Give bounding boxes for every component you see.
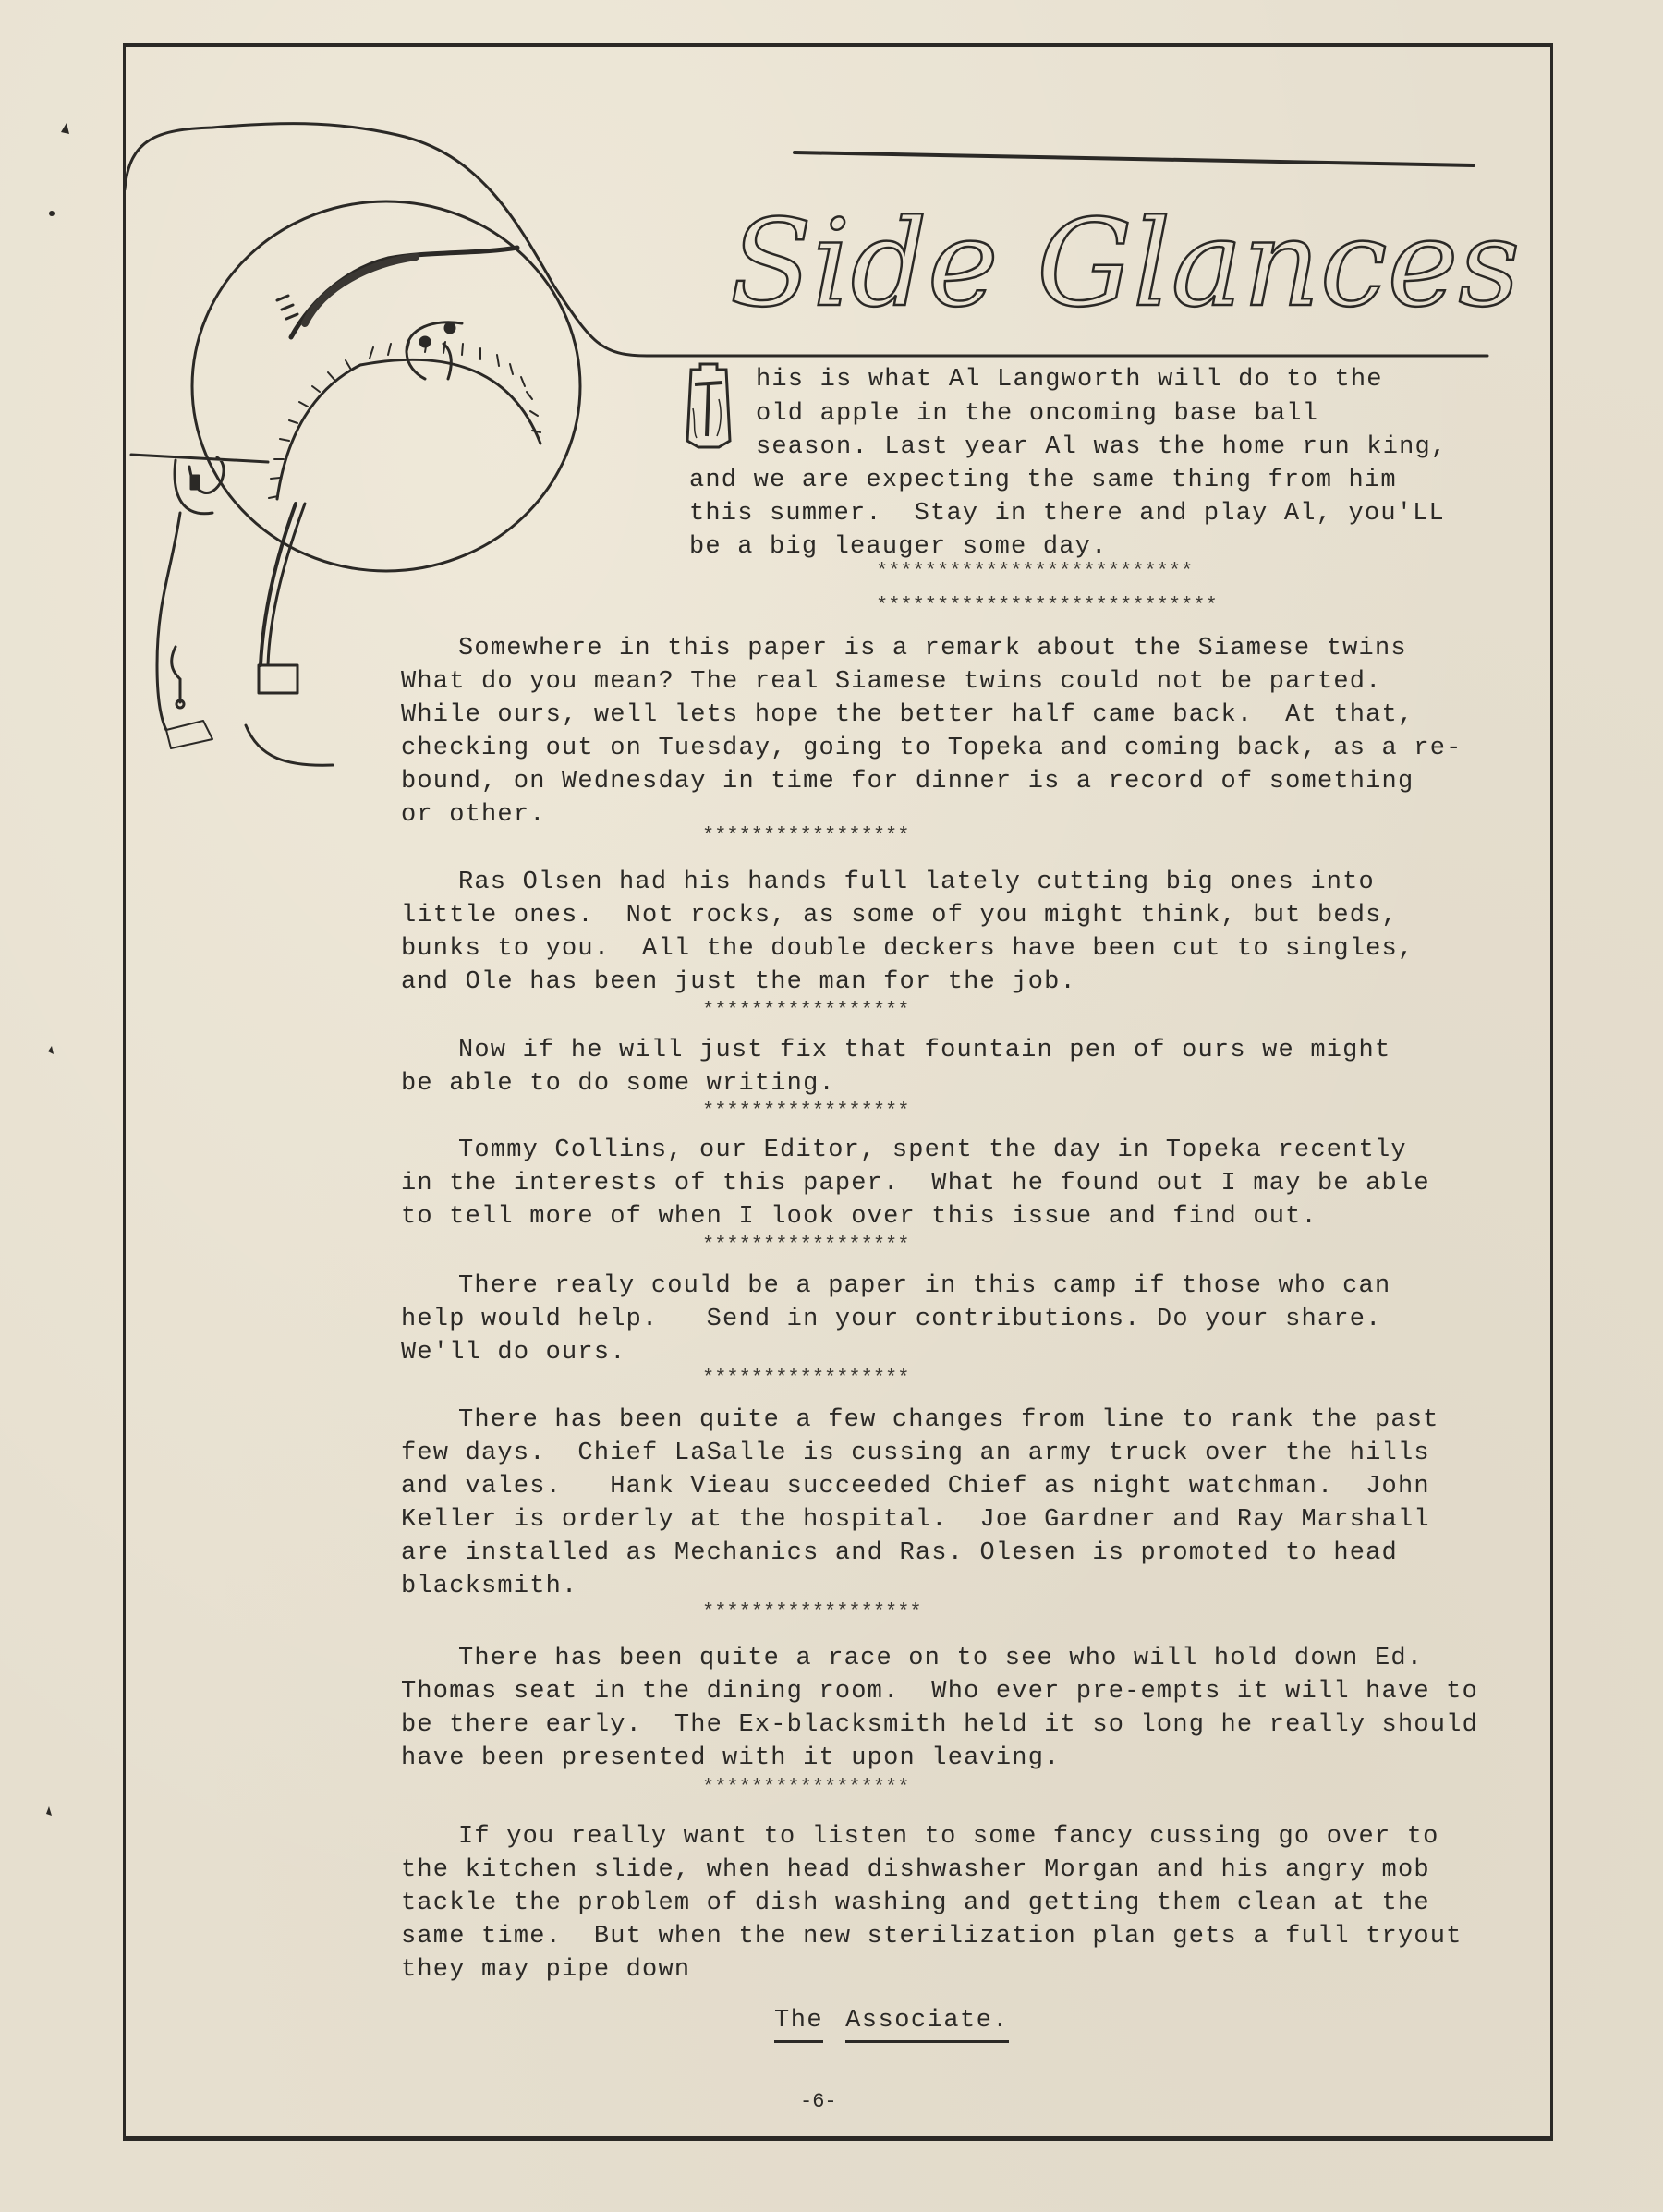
paragraph-line: have been presented with it upon leaving… <box>401 1742 1478 1775</box>
paragraph-line: Somewhere in this paper is a remark abou… <box>401 632 1463 665</box>
separator-stars: ***************** <box>702 1100 909 1123</box>
paragraph-line: tackle the problem of dish washing and g… <box>401 1887 1463 1920</box>
paragraph-line: or other. <box>401 798 1463 832</box>
paragraph-line: We'll do ours. <box>401 1336 1390 1369</box>
signature-word: The <box>774 2007 823 2043</box>
paragraph-line: bunks to you. All the double deckers hav… <box>401 932 1414 966</box>
paragraph-tommy-collins: Tommy Collins, our Editor, spent the day… <box>401 1134 1430 1234</box>
paragraph-line: If you really want to listen to some fan… <box>401 1820 1463 1853</box>
paragraph-line: Thomas seat in the dining room. Who ever… <box>401 1675 1478 1708</box>
paragraph-ras-olsen: Ras Olsen had his hands full lately cutt… <box>401 866 1414 999</box>
intro-line: season. Last year Al was the home run ki… <box>756 431 1447 464</box>
paragraph-line: bound, on Wednesday in time for dinner i… <box>401 765 1463 798</box>
paragraph-line: be there early. The Ex-blacksmith held i… <box>401 1708 1478 1742</box>
signature: TheAssociate. <box>774 2007 1031 2043</box>
page-number: -6- <box>800 2090 837 2113</box>
separator-stars: ***************** <box>702 1234 909 1257</box>
paragraph-line: little ones. Not rocks, as some of you m… <box>401 899 1414 932</box>
paragraph-line: There realy could be a paper in this cam… <box>401 1270 1390 1303</box>
paragraph-line: There has been quite a few changes from … <box>401 1404 1439 1437</box>
intro-line: be a big leauger some day. <box>689 530 1107 564</box>
paragraph-line: the kitchen slide, when head dishwasher … <box>401 1853 1463 1887</box>
paragraph-line: same time. But when the new sterilizatio… <box>401 1920 1463 1953</box>
paragraph-siamese-twins: Somewhere in this paper is a remark abou… <box>401 632 1463 832</box>
intro-line: his is what Al Langworth will do to the <box>756 363 1383 396</box>
paragraph-line: Ras Olsen had his hands full lately cutt… <box>401 866 1414 899</box>
separator-stars: ***************** <box>702 999 909 1022</box>
paragraph-line: and vales. Hank Vieau succeeded Chief as… <box>401 1470 1439 1503</box>
paragraph-line: few days. Chief LaSalle is cussing an ar… <box>401 1437 1439 1470</box>
paragraph-dining-seat: There has been quite a race on to see wh… <box>401 1642 1478 1775</box>
paragraph-fountain-pen: Now if he will just fix that fountain pe… <box>401 1034 1390 1100</box>
paragraph-line: Tommy Collins, our Editor, spent the day… <box>401 1134 1430 1167</box>
paragraph-line: be able to do some writing. <box>401 1067 1390 1100</box>
paragraph-line: Now if he will just fix that fountain pe… <box>401 1034 1390 1067</box>
paragraph-line: help would help. Send in your contributi… <box>401 1303 1390 1336</box>
paragraph-camp-changes: There has been quite a few changes from … <box>401 1404 1439 1603</box>
separator-stars: ****************** <box>702 1600 922 1623</box>
paragraph-line: There has been quite a race on to see wh… <box>401 1642 1478 1675</box>
separator-stars: ************************** <box>876 560 1193 583</box>
separator-stars: ***************** <box>702 1776 909 1799</box>
intro-line: this summer. Stay in there and play Al, … <box>689 497 1445 530</box>
paragraph-line: checking out on Tuesday, going to Topeka… <box>401 732 1463 765</box>
intro-line: old apple in the oncoming base ball <box>756 397 1318 431</box>
separator-stars: ***************** <box>702 1367 909 1390</box>
paragraph-line: are installed as Mechanics and Ras. Oles… <box>401 1537 1439 1570</box>
intro-line: and we are expecting the same thing from… <box>689 464 1397 497</box>
paragraph-line: blacksmith. <box>401 1570 1439 1603</box>
separator-stars: **************************** <box>876 594 1218 617</box>
page-title: Side Glances <box>730 176 1506 333</box>
paragraph-line: and Ole has been just the man for the jo… <box>401 966 1414 999</box>
paragraph-line: in the interests of this paper. What he … <box>401 1167 1430 1200</box>
signature-word: Associate. <box>845 2007 1009 2043</box>
paragraph-line: to tell more of when I look over this is… <box>401 1200 1430 1234</box>
paragraph-line: Keller is orderly at the hospital. Joe G… <box>401 1503 1439 1537</box>
drop-cap-t-icon <box>682 362 735 455</box>
paragraph-kitchen: If you really want to listen to some fan… <box>401 1820 1463 1987</box>
separator-stars: ***************** <box>702 824 909 847</box>
paragraph-line: they may pipe down <box>401 1953 1463 1987</box>
paragraph-line: While ours, well lets hope the better ha… <box>401 699 1463 732</box>
paragraph-contributions: There realy could be a paper in this cam… <box>401 1270 1390 1369</box>
paragraph-line: What do you mean? The real Siamese twins… <box>401 665 1463 699</box>
